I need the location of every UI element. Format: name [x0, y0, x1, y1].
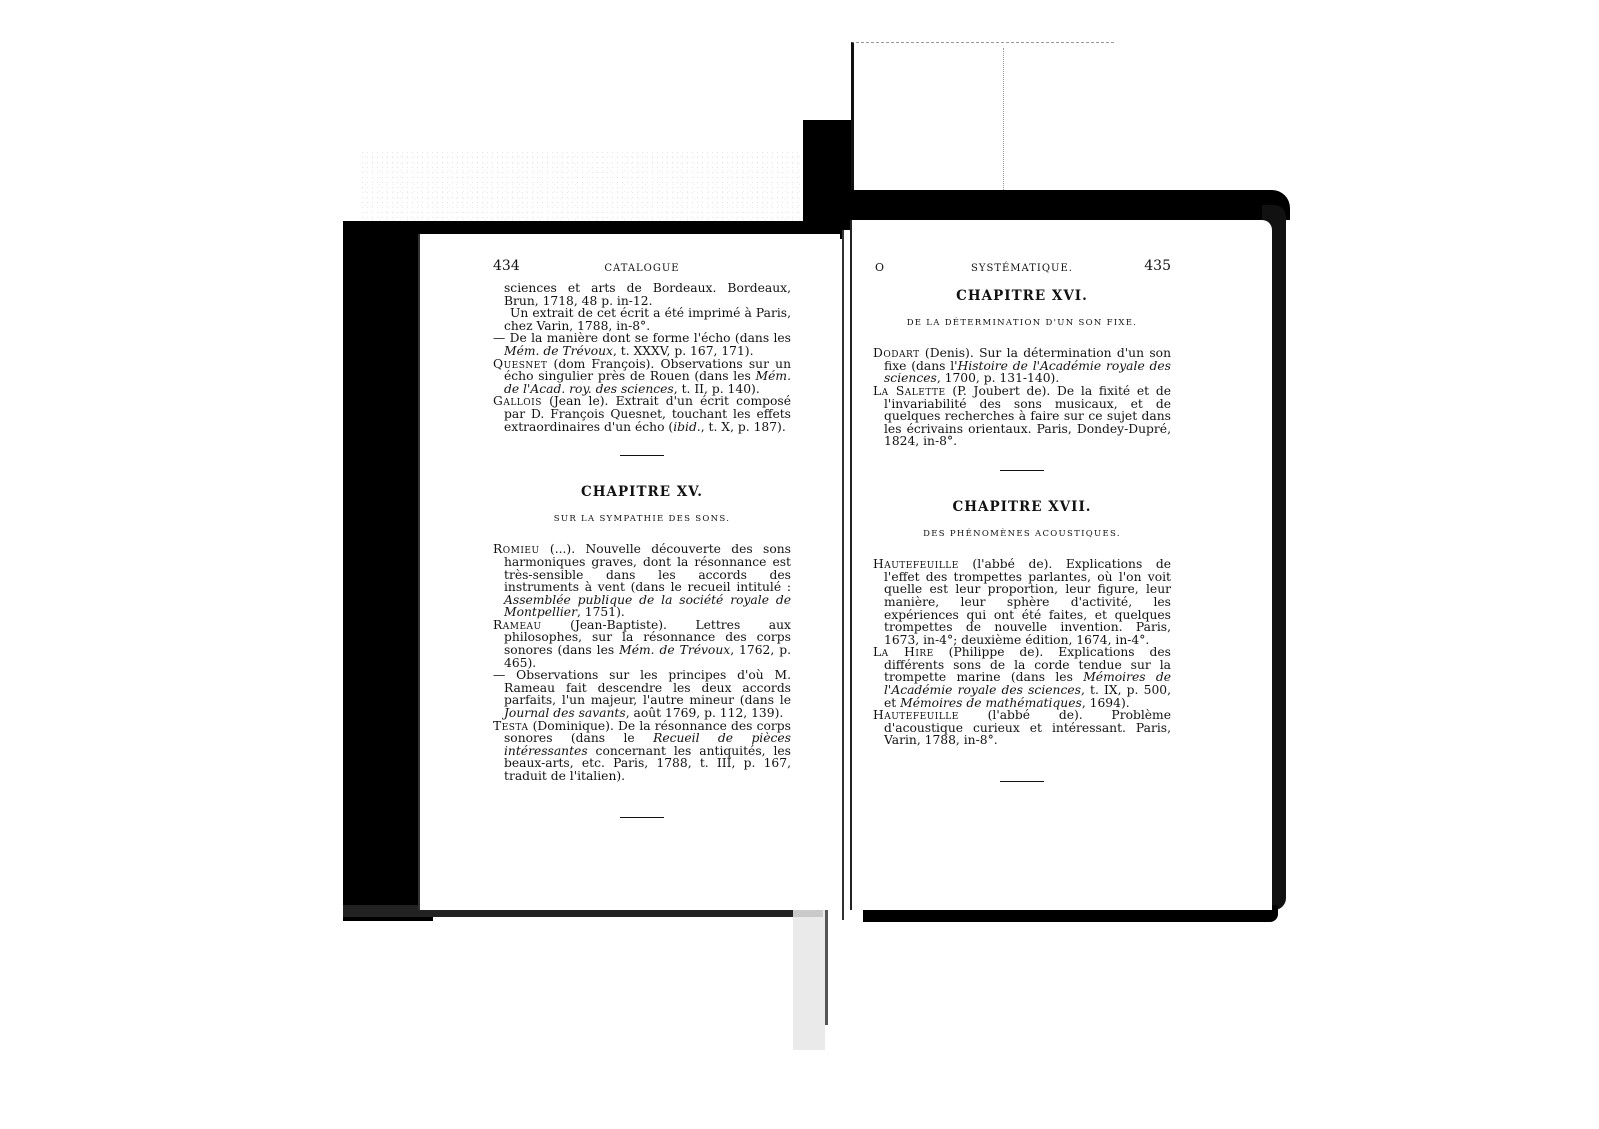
bibliography-entry: Hautefeuille (l'abbé de). Problème d'aco… — [873, 709, 1171, 747]
entry-title-italic: Mém. de Trévoux — [619, 643, 730, 657]
chapter-entries: Hautefeuille (l'abbé de). Explications d… — [873, 558, 1171, 747]
top-cover-flap — [803, 120, 853, 230]
entry-text: (l'abbé de). Explications de l'effet des… — [884, 557, 1171, 647]
top-inserted-sheet — [851, 42, 1114, 205]
chapter-title: CHAPITRE XV. — [493, 486, 791, 499]
bibliography-entry: Dodart (Denis). Sur la détermination d'u… — [873, 347, 1171, 385]
book-gutter — [842, 230, 844, 920]
continued-note: Un extrait de cet écrit a été imprimé à … — [493, 307, 791, 332]
right-page-text: O SYSTÉMATIQUE. 435 CHAPITRE XVI. De la … — [873, 260, 1171, 812]
section-rule — [1000, 470, 1044, 471]
chapter-entries: Romieu (...). Nouvelle découverte des so… — [493, 543, 791, 782]
left-page-header: 434 CATALOGUE — [493, 260, 791, 282]
running-head: CATALOGUE — [493, 263, 791, 276]
bookmark-ribbon-edge — [825, 905, 828, 1025]
entry-text: (...). Nouvelle découverte des sons harm… — [504, 542, 791, 594]
page-number: 435 — [1144, 260, 1171, 273]
sheet-fold-line — [1003, 48, 1005, 198]
bibliography-entry: — De la manière dont se forme l'écho (da… — [493, 332, 791, 357]
chapter-subtitle: Sur la sympathie des sons. — [493, 513, 791, 526]
bibliography-entry: Romieu (...). Nouvelle découverte des so… — [493, 543, 791, 619]
bibliography-entry: La Salette (P. Joubert de). De la fixité… — [873, 385, 1171, 448]
chapter-entries: Dodart (Denis). Sur la détermination d'u… — [873, 347, 1171, 448]
chapter-subtitle: De la détermination d'un son fixe. — [873, 317, 1171, 330]
scan-noise — [360, 150, 800, 230]
bibliography-entry: — Observations sur les principes d'où M.… — [493, 669, 791, 719]
entry-text: , t. X, p. 187). — [701, 420, 786, 434]
bookmark-ribbon — [793, 905, 825, 1050]
continued-entry: sciences et arts de Bordeaux. Bordeaux, … — [493, 282, 791, 307]
entries-list: — De la manière dont se forme l'écho (da… — [493, 332, 791, 433]
section-rule — [1000, 781, 1044, 782]
right-page-header: O SYSTÉMATIQUE. 435 — [873, 260, 1171, 282]
bibliography-entry: Testa (Dominique). De la résonnance des … — [493, 720, 791, 783]
bibliography-entry: Rameau (Jean-Baptiste). Lettres aux phil… — [493, 619, 791, 669]
chapter-title: CHAPITRE XVI. — [873, 290, 1171, 303]
running-head: SYSTÉMATIQUE. — [873, 263, 1171, 276]
section-rule — [620, 455, 664, 456]
bibliography-entry: Gallois (Jean le). Extrait d'un écrit co… — [493, 395, 791, 433]
bibliography-entry: Hautefeuille (l'abbé de). Explications d… — [873, 558, 1171, 646]
left-page-text: 434 CATALOGUE sciences et arts de Bordea… — [493, 260, 791, 848]
bibliography-entry: La Hire (Philippe de). Explications des … — [873, 646, 1171, 709]
entry-title-italic: Assemblée publique de la société royale … — [504, 593, 791, 620]
entry-text: Observations sur les principes d'où M. R… — [504, 668, 791, 707]
right-cover-top-edge — [850, 190, 1290, 220]
section-rule — [620, 817, 664, 818]
chapter-subtitle: Des phénomènes acoustiques. — [873, 528, 1171, 541]
entry-text: (dom François). Observations sur un écho… — [504, 357, 791, 384]
chapter-title: CHAPITRE XVII. — [873, 501, 1171, 514]
entry-title-italic: ibid. — [673, 420, 701, 434]
bibliography-entry: Quesnet (dom François). Observations sur… — [493, 358, 791, 396]
